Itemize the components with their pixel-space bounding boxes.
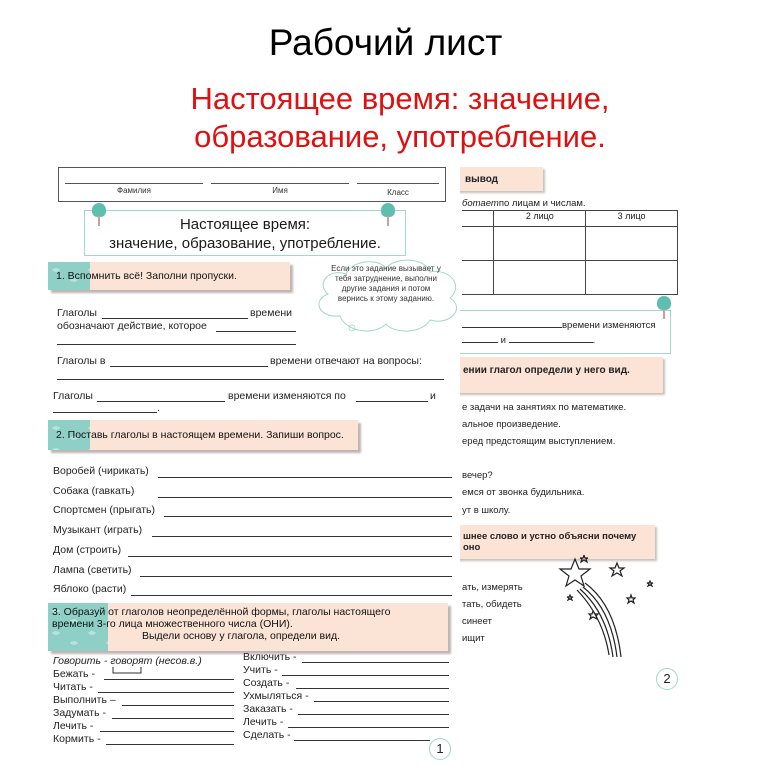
answer-line[interactable] bbox=[288, 727, 449, 728]
answer-line[interactable] bbox=[140, 576, 452, 577]
blank-line[interactable] bbox=[462, 333, 498, 343]
task-3-header: 3. Образуй от глаголов неопределённой фо… bbox=[48, 603, 448, 651]
rule-line-1-text: времени изменяются bbox=[562, 320, 656, 331]
answer-line[interactable] bbox=[314, 701, 449, 702]
blank-line[interactable] bbox=[102, 318, 248, 319]
blank-line[interactable] bbox=[53, 412, 157, 413]
blank-line[interactable] bbox=[57, 379, 444, 380]
word-group: ать, измерять bbox=[462, 582, 523, 593]
sentence: е задачи на занятиях по математике. bbox=[462, 402, 626, 413]
answer-line[interactable] bbox=[152, 536, 452, 537]
rule-line-2: и . bbox=[462, 333, 595, 346]
blank-line[interactable] bbox=[356, 401, 428, 402]
shooting-star-icon bbox=[555, 555, 665, 667]
answer-line[interactable] bbox=[98, 692, 234, 693]
verb-item: Бежать - bbox=[53, 668, 95, 680]
punctuation: . bbox=[157, 402, 160, 414]
table-cell[interactable] bbox=[586, 261, 678, 295]
subtitle-line-2: образование, употребление. bbox=[150, 118, 650, 156]
verb-aspect-header-text: ении глагол определи у него вид. bbox=[463, 365, 630, 376]
answer-line[interactable] bbox=[128, 556, 452, 557]
answer-line[interactable] bbox=[296, 688, 449, 689]
fill-in-label: Глаголы в bbox=[57, 355, 105, 367]
worksheet-subtitle: Настоящее время: значение, образование, … bbox=[150, 80, 650, 156]
verb-prompt: Собака (гавкать) bbox=[53, 485, 134, 497]
blank-line[interactable] bbox=[509, 333, 593, 343]
table-header-cell: 2 лицо bbox=[494, 211, 586, 227]
fill-in-label: времени bbox=[250, 307, 292, 319]
fill-in-label: и bbox=[430, 390, 436, 402]
table-cell[interactable] bbox=[494, 227, 586, 261]
task-3-title-line-3: Выдели основу у глагола, определи вид. bbox=[52, 630, 390, 642]
table-caption-italic: ботает bbox=[462, 198, 499, 209]
rule-line-2-text: и bbox=[501, 335, 506, 346]
task-1-header: 1. Вспомнить всё! Заполни пропуски. bbox=[48, 262, 290, 290]
table-caption: ботаетпо лицам и числам. bbox=[462, 198, 586, 209]
table-caption-rest: по лицам и числам. bbox=[499, 198, 586, 209]
answer-line[interactable] bbox=[158, 497, 452, 498]
conclusion-header-text: вывод bbox=[465, 174, 498, 185]
fill-in-label: Глаголы bbox=[53, 390, 93, 402]
task-1-title: 1. Вспомнить всё! Заполни пропуски. bbox=[48, 270, 237, 282]
verb-prompt: Воробей (чирикать) bbox=[53, 465, 149, 477]
pushpin-icon bbox=[381, 203, 395, 227]
worksheet-title: Рабочий лист bbox=[0, 22, 771, 64]
table-header-cell bbox=[462, 211, 494, 227]
task-3-title-line-1: 3. Образуй от глаголов неопределённой фо… bbox=[52, 606, 390, 618]
verb-prompt: Дом (строить) bbox=[53, 544, 121, 556]
blank-line[interactable] bbox=[97, 401, 225, 402]
student-info-box: Фамилия Имя Класс bbox=[58, 167, 446, 202]
verb-prompt: Яблоко (расти) bbox=[53, 583, 126, 595]
verb-item: Лечить - bbox=[53, 720, 93, 732]
answer-line[interactable] bbox=[131, 595, 452, 596]
verb-item: Учить - bbox=[243, 664, 278, 676]
verb-prompt: Спортсмен (прыгать) bbox=[53, 504, 155, 516]
blank-line[interactable] bbox=[462, 318, 562, 328]
sentence: ут в школу. bbox=[462, 505, 510, 516]
table-cell[interactable] bbox=[494, 261, 586, 295]
table-cell[interactable] bbox=[462, 227, 494, 261]
answer-line[interactable] bbox=[106, 744, 234, 745]
verb-prompt: Музыкант (играть) bbox=[53, 524, 142, 536]
verb-aspect-header: ении глагол определи у него вид. bbox=[455, 357, 663, 393]
task-3-title-line-2: времени 3-го лица множественного числа (… bbox=[52, 618, 390, 630]
pushpin-icon bbox=[657, 296, 671, 320]
subtitle-line-1: Настоящее время: значение, bbox=[150, 80, 650, 118]
topic-box: Настоящее время: значение, образование, … bbox=[84, 210, 406, 256]
answer-line[interactable] bbox=[122, 705, 234, 706]
word-group: тать, обидеть bbox=[462, 599, 522, 610]
answer-line[interactable] bbox=[112, 718, 234, 719]
person-number-table: 2 лицо 3 лицо bbox=[462, 210, 678, 295]
verb-item: Ухмыляться - bbox=[243, 690, 309, 702]
answer-line[interactable] bbox=[282, 675, 449, 676]
blank-line[interactable] bbox=[216, 331, 296, 332]
verb-item: Задумать - bbox=[53, 707, 106, 719]
page-number-1: 1 bbox=[429, 738, 451, 760]
stem-bracket-icon bbox=[112, 667, 142, 675]
class-field[interactable]: Класс bbox=[357, 183, 439, 197]
pushpin-icon bbox=[92, 203, 106, 227]
answer-line[interactable] bbox=[302, 662, 449, 663]
sentence: емся от звонка будильника. bbox=[462, 487, 584, 498]
answer-line[interactable] bbox=[158, 477, 452, 478]
verb-item: Читать - bbox=[53, 681, 93, 693]
answer-line[interactable] bbox=[104, 679, 234, 680]
first-name-field[interactable]: Имя bbox=[211, 183, 349, 195]
table-cell[interactable] bbox=[462, 261, 494, 295]
verb-item: Создать - bbox=[243, 677, 289, 689]
topic-line-2: значение, образование, употребление. bbox=[85, 234, 405, 253]
answer-line[interactable] bbox=[100, 731, 234, 732]
verb-item: Включить - bbox=[243, 651, 297, 663]
odd-word-header: шнее слово и устно объясни почему оно bbox=[455, 525, 655, 559]
page-number-2: 2 bbox=[656, 668, 678, 690]
fill-in-label: времени отвечают на вопросы: bbox=[270, 355, 422, 367]
conclusion-header: вывод bbox=[455, 167, 543, 191]
sentence: вечер? bbox=[462, 470, 493, 481]
word-group: ищит bbox=[462, 633, 485, 644]
fill-in-label: обозначают действие, которое bbox=[57, 320, 207, 332]
fill-in-label: времени изменяются по bbox=[228, 390, 346, 402]
verb-prompt: Лампа (светить) bbox=[53, 564, 132, 576]
verb-item: Заказать - bbox=[243, 703, 293, 715]
table-header-cell: 3 лицо bbox=[586, 211, 678, 227]
surname-field[interactable]: Фамилия bbox=[65, 183, 203, 195]
task-3-title: 3. Образуй от глаголов неопределённой фо… bbox=[48, 606, 390, 642]
example-verb: Говорить - говорят (несов.в.) bbox=[53, 655, 202, 667]
fill-in-label: Глаголы bbox=[57, 307, 97, 319]
task-2-title: 2. Поставь глаголы в настоящем времени. … bbox=[48, 429, 344, 441]
answer-line[interactable] bbox=[164, 516, 452, 517]
verb-item: Выполнить – bbox=[53, 694, 116, 706]
answer-line[interactable] bbox=[298, 714, 449, 715]
blank-line[interactable] bbox=[57, 344, 296, 345]
rule-line-1: времени изменяются bbox=[462, 318, 656, 331]
verb-item: Кормить - bbox=[53, 733, 101, 745]
answer-line[interactable] bbox=[294, 740, 430, 741]
sentence: еред предстоящим выступлением. bbox=[462, 436, 615, 447]
blank-line[interactable] bbox=[110, 366, 268, 367]
odd-word-header-text: шнее слово и устно объясни почему оно bbox=[463, 531, 655, 553]
verb-item: Сделать - bbox=[243, 729, 291, 741]
hint-text: Если это задание вызывает у тебя затрудн… bbox=[326, 264, 446, 304]
rule-box bbox=[455, 310, 671, 354]
sentence: альное произведение. bbox=[462, 419, 561, 430]
verb-item: Лечить - bbox=[243, 716, 283, 728]
word-group: синеет bbox=[462, 616, 492, 627]
table-cell[interactable] bbox=[586, 227, 678, 261]
topic-line-1: Настоящее время: bbox=[85, 215, 405, 234]
task-2-header: 2. Поставь глаголы в настоящем времени. … bbox=[48, 420, 358, 450]
